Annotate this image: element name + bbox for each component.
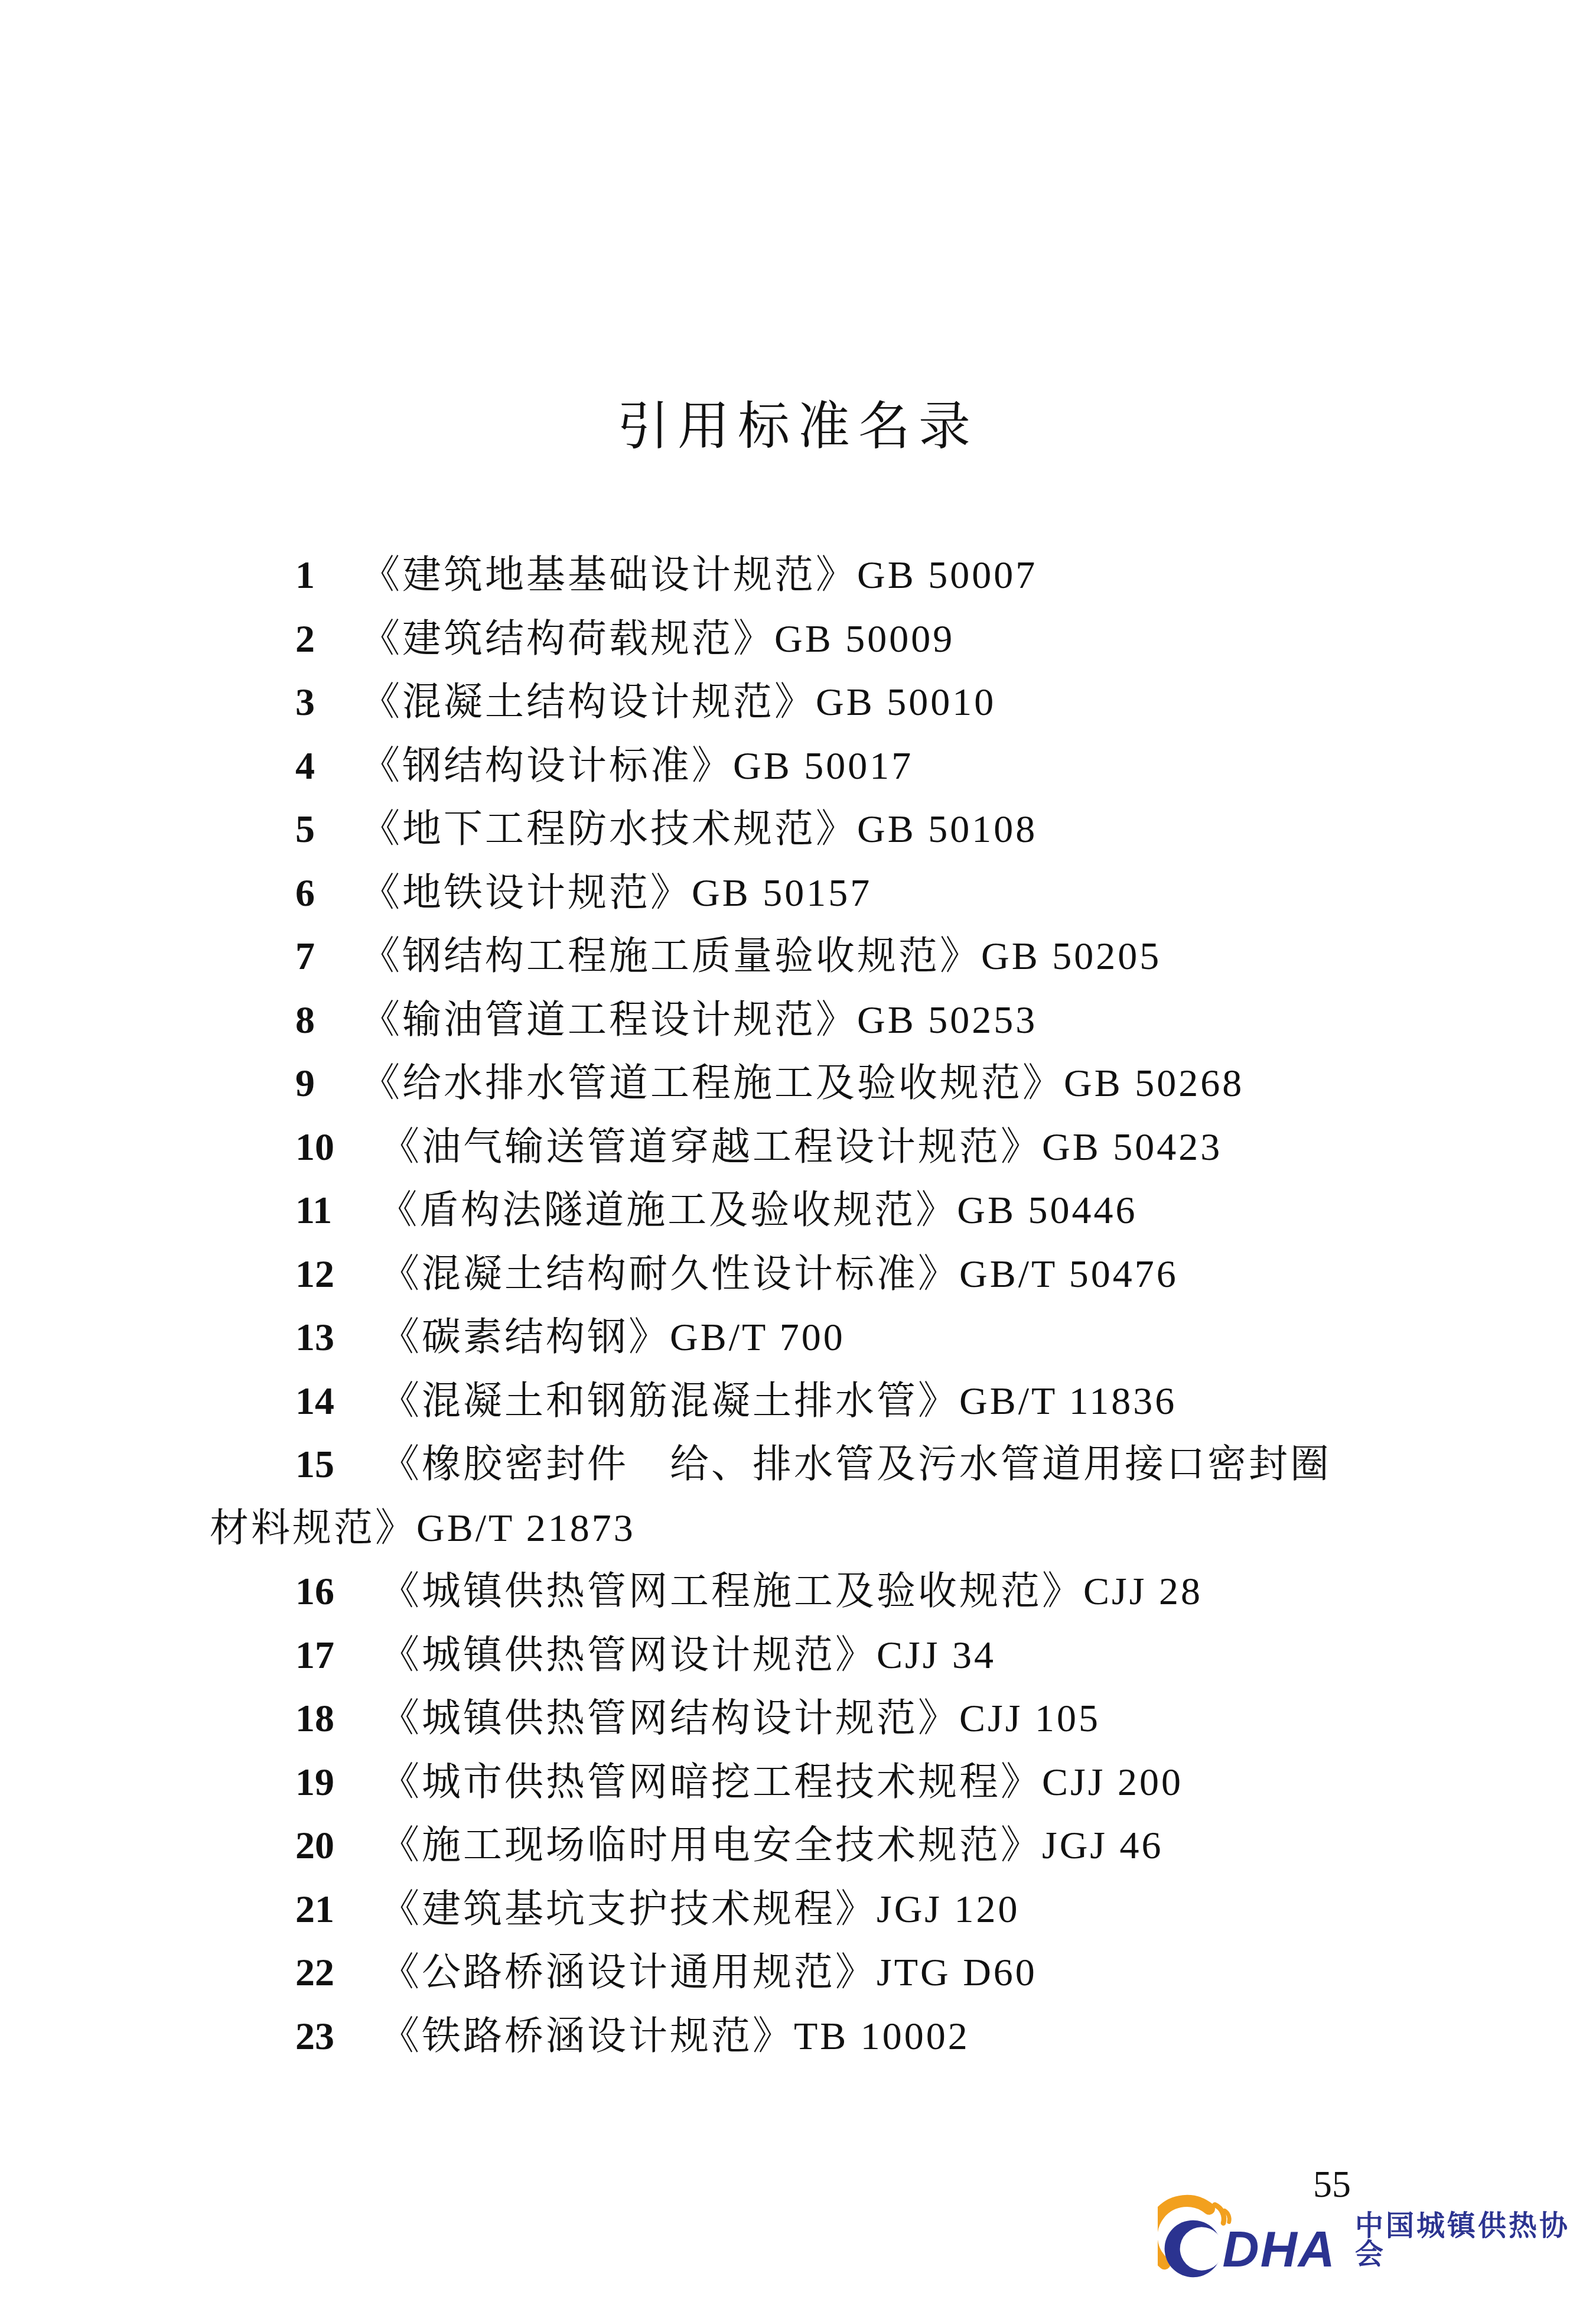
standard-text: 《公路桥涵设计通用规范》JTG D60 (380, 1951, 1037, 1994)
standard-item: 10《油气输送管道穿越工程设计规范》GB 50423 (210, 1116, 1386, 1179)
cdha-crescent-icon (1158, 2194, 1232, 2284)
standard-item: 4《钢结构设计标准》GB 50017 (210, 734, 1386, 798)
standard-text: 《给水排水管道工程施工及验收规范》GB 50268 (361, 1062, 1244, 1105)
standard-number: 8 (295, 999, 315, 1042)
standard-item: 6《地铁设计规范》GB 50157 (210, 861, 1386, 925)
page-title: 引用标准名录 (0, 395, 1596, 460)
cdha-logo: DHA 中国城镇供热协会 (1158, 2194, 1596, 2284)
standard-item: 13《碳素结构钢》GB/T 700 (210, 1306, 1386, 1370)
standard-number: 18 (295, 1697, 334, 1740)
standard-item: 15《橡胶密封件 给、排水管及污水管道用接口密封圈 材料规范》GB/T 2187… (210, 1433, 1386, 1560)
standards-list: 1《建筑地基基础设计规范》GB 500072《建筑结构荷载规范》GB 50009… (210, 544, 1386, 2068)
standard-text: 《混凝土和钢筋混凝土排水管》GB/T 11836 (380, 1380, 1177, 1423)
standard-number: 19 (295, 1761, 334, 1804)
standard-number: 5 (295, 808, 315, 851)
standard-number: 15 (295, 1443, 334, 1486)
standard-text: 《城镇供热管网设计规范》CJJ 34 (380, 1634, 996, 1677)
standard-item: 17《城镇供热管网设计规范》CJJ 34 (210, 1624, 1386, 1687)
standard-item: 20《施工现场临时用电安全技术规范》JGJ 46 (210, 1814, 1386, 1878)
standard-text: 《输油管道工程设计规范》GB 50253 (361, 999, 1037, 1042)
standard-text: 《城市供热管网暗挖工程技术规程》CJJ 200 (380, 1761, 1183, 1804)
standard-text: 《地下工程防水技术规范》GB 50108 (361, 808, 1037, 851)
standard-number: 21 (295, 1888, 334, 1931)
standard-number: 10 (295, 1126, 334, 1169)
standard-text: 《建筑结构荷载规范》GB 50009 (361, 617, 955, 661)
standard-number: 7 (295, 935, 315, 978)
standard-text: 《橡胶密封件 给、排水管及污水管道用接口密封圈 材料规范》GB/T 21873 (210, 1443, 1331, 1550)
standard-item: 21《建筑基坑支护技术规程》JGJ 120 (210, 1878, 1386, 1942)
standard-number: 9 (295, 1062, 315, 1105)
standard-number: 6 (295, 872, 315, 915)
standard-text: 《碳素结构钢》GB/T 700 (380, 1316, 845, 1359)
standard-text: 《盾构法隧道施工及验收规范》GB 50446 (378, 1189, 1137, 1232)
standard-item: 9《给水排水管道工程施工及验收规范》GB 50268 (210, 1052, 1386, 1116)
standard-text: 《城镇供热管网工程施工及验收规范》CJJ 28 (380, 1570, 1203, 1613)
standard-text: 《地铁设计规范》GB 50157 (361, 872, 872, 915)
standard-text: 《铁路桥涵设计规范》TB 10002 (380, 2015, 970, 2058)
standard-item: 7《钢结构工程施工质量验收规范》GB 50205 (210, 925, 1386, 988)
standard-number: 12 (295, 1253, 334, 1296)
standard-item: 19《城市供热管网暗挖工程技术规程》CJJ 200 (210, 1751, 1386, 1815)
standard-text: 《油气输送管道穿越工程设计规范》GB 50423 (380, 1126, 1222, 1169)
standard-text: 《施工现场临时用电安全技术规范》JGJ 46 (380, 1824, 1164, 1867)
standard-item: 16《城镇供热管网工程施工及验收规范》CJJ 28 (210, 1560, 1386, 1624)
document-page: 引用标准名录 1《建筑地基基础设计规范》GB 500072《建筑结构荷载规范》G… (0, 0, 1596, 2312)
standard-item: 18《城镇供热管网结构设计规范》CJJ 105 (210, 1687, 1386, 1751)
standard-number: 3 (295, 681, 315, 724)
standard-item: 1《建筑地基基础设计规范》GB 50007 (210, 544, 1386, 607)
standard-text: 《城镇供热管网结构设计规范》CJJ 105 (380, 1697, 1100, 1740)
standard-item: 11《盾构法隧道施工及验收规范》GB 50446 (210, 1179, 1386, 1243)
standard-text: 《钢结构设计标准》GB 50017 (361, 744, 913, 788)
standard-number: 13 (295, 1316, 334, 1359)
standard-item: 14《混凝土和钢筋混凝土排水管》GB/T 11836 (210, 1370, 1386, 1433)
standard-number: 20 (295, 1824, 334, 1867)
standard-item: 2《建筑结构荷载规范》GB 50009 (210, 607, 1386, 671)
standard-item: 5《地下工程防水技术规范》GB 50108 (210, 798, 1386, 861)
standard-number: 23 (295, 2015, 334, 2058)
standard-item: 22《公路桥涵设计通用规范》JTG D60 (210, 1941, 1386, 2005)
org-name: 中国城镇供热协会 (1355, 2212, 1596, 2284)
standard-text: 《建筑地基基础设计规范》GB 50007 (361, 554, 1037, 597)
standard-number: 16 (295, 1570, 334, 1613)
standard-number: 2 (295, 617, 315, 661)
logo-acronym: DHA (1223, 2224, 1336, 2284)
standard-text: 《混凝土结构耐久性设计标准》GB/T 50476 (380, 1253, 1178, 1296)
standard-number: 22 (295, 1951, 334, 1994)
standard-text: 《钢结构工程施工质量验收规范》GB 50205 (361, 935, 1161, 978)
standard-number: 1 (295, 554, 315, 597)
standard-item: 12《混凝土结构耐久性设计标准》GB/T 50476 (210, 1243, 1386, 1306)
standard-text: 《建筑基坑支护技术规程》JGJ 120 (380, 1888, 1020, 1931)
standard-number: 4 (295, 744, 315, 788)
standard-item: 8《输油管道工程设计规范》GB 50253 (210, 988, 1386, 1052)
standard-number: 11 (295, 1189, 332, 1232)
standard-number: 14 (295, 1380, 334, 1423)
standard-number: 17 (295, 1634, 334, 1677)
standard-item: 3《混凝土结构设计规范》GB 50010 (210, 671, 1386, 734)
standard-text: 《混凝土结构设计规范》GB 50010 (361, 681, 996, 724)
standard-item: 23《铁路桥涵设计规范》TB 10002 (210, 2005, 1386, 2069)
